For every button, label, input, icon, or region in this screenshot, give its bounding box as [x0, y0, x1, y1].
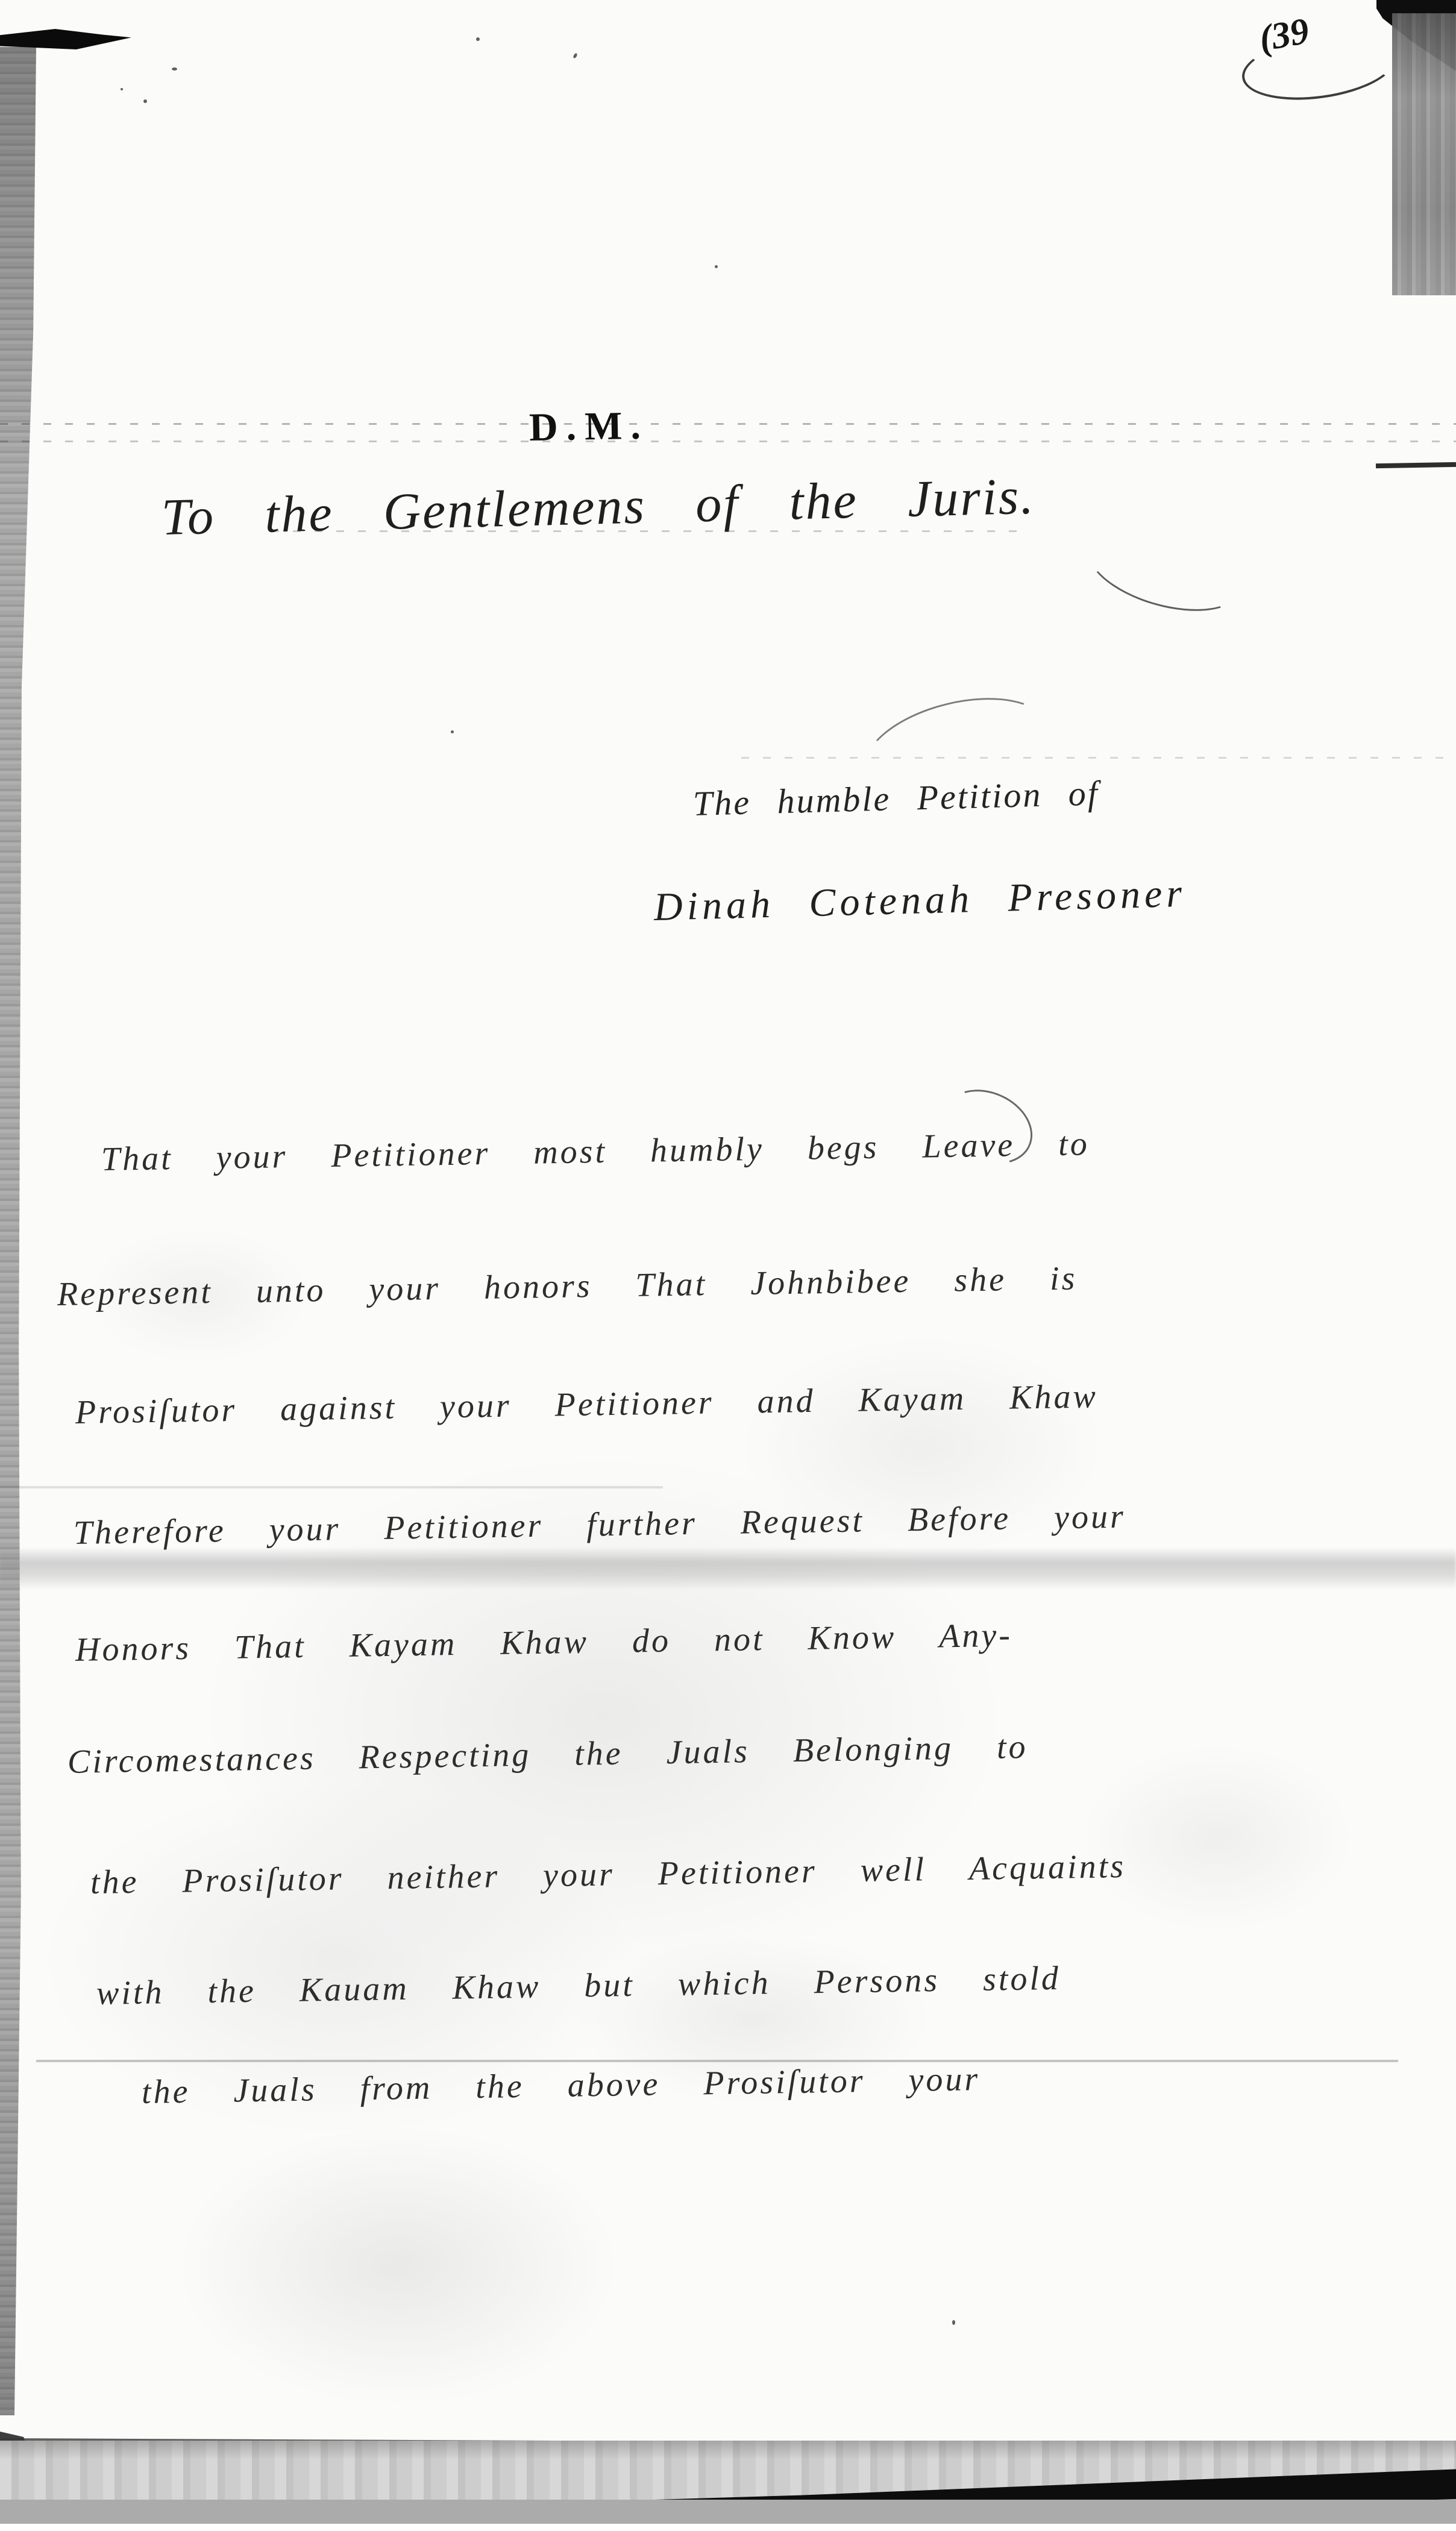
scan-right-dash-mark	[1376, 462, 1456, 468]
petition-body-line: Represent unto your honors That Johnbibe…	[57, 1259, 1077, 1314]
scan-line-artifact	[0, 441, 1456, 442]
scan-right-edge-artifact	[1392, 13, 1456, 295]
petition-body-line: That your Petitioner most humbly begs Le…	[101, 1124, 1090, 1179]
scan-line-artifact	[0, 1486, 663, 1488]
scan-top-left-mark	[0, 29, 131, 49]
title-flourish	[1078, 510, 1252, 627]
scan-line-artifact	[741, 757, 1456, 759]
ink-speck	[476, 37, 480, 41]
ink-speck	[715, 265, 718, 268]
ink-speck	[172, 67, 177, 71]
scan-bed-gray-band	[0, 2500, 1456, 2524]
ink-speck	[952, 2320, 955, 2325]
petition-body-line: Honors That Kayam Khaw do not Know Any-	[75, 1616, 1012, 1669]
scan-line-artifact	[36, 2060, 1398, 2062]
salutation-line: The humble Petition of	[692, 773, 1100, 824]
petition-body-line: Therefore your Petitioner further Reques…	[73, 1498, 1126, 1552]
scan-bottom-margin	[0, 2524, 1456, 2531]
scan-line-artifact	[0, 423, 1456, 425]
scan-left-edge-artifact	[0, 47, 36, 2415]
ink-speck	[143, 99, 147, 103]
petition-body-line: with the Kauam Khaw but which Persons st…	[96, 1959, 1061, 2013]
scan-gray-band-artifact	[0, 1548, 1456, 1590]
ink-speck	[451, 730, 454, 733]
petition-body-line: the Prosiſutor neither your Petitioner w…	[90, 1847, 1126, 1902]
petition-title: To the Gentlemens of the Juris.	[161, 466, 1036, 547]
scanned-petition-page: (39 D.M. To the Gentlemens of the Juris.…	[0, 0, 1456, 2531]
petitioner-name-line: Dinah Cotenah Presoner	[653, 871, 1187, 930]
ink-speck	[121, 88, 123, 90]
petition-body-line: Circomestances Respecting the Juals Belo…	[67, 1728, 1028, 1781]
ink-speck	[573, 52, 578, 58]
heading-initials: D.M.	[529, 403, 649, 451]
petition-body-line: the Juals from the above Prosiſutor your	[141, 2060, 980, 2112]
petition-body-line: Prosiſutor against your Petitioner and K…	[75, 1377, 1098, 1432]
